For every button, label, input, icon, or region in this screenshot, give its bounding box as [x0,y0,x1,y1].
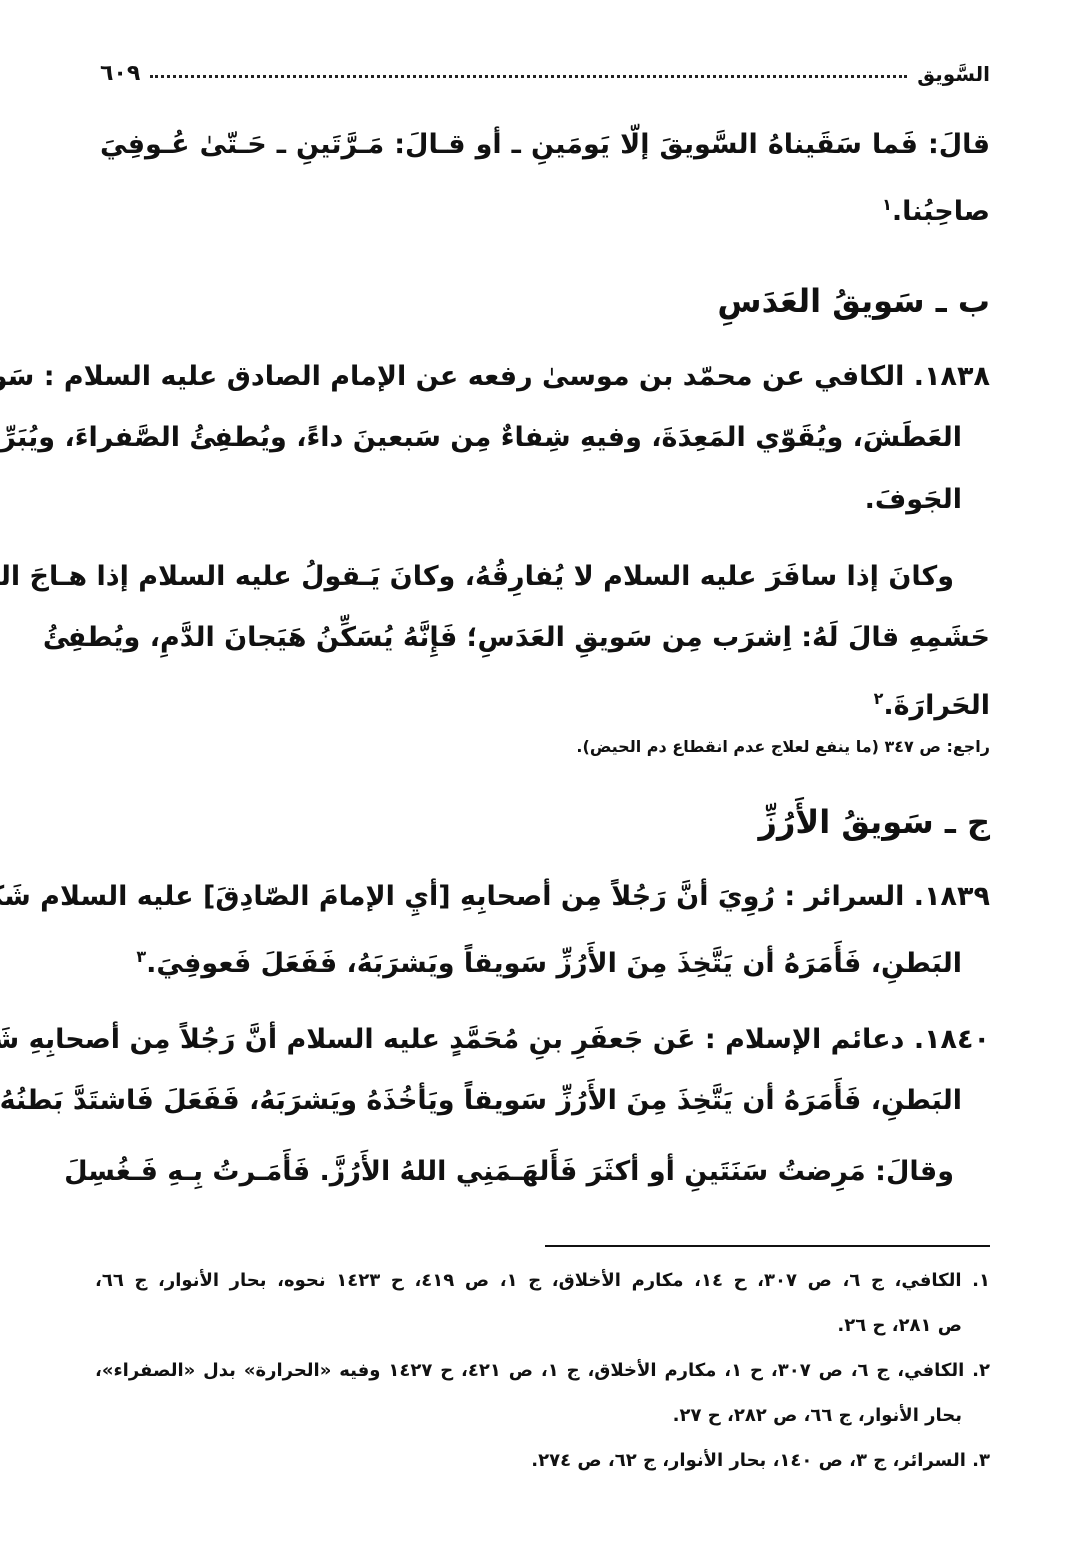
continuation-text: الحَرارَةَ. [883,690,990,721]
running-title: السَّويق [917,62,990,86]
footnote-1-line-2: ص ٢٨١، ح ٢٦. [837,1313,962,1339]
cross-reference-note[interactable]: راجع: ص ٣٤٧ (ما ينفع لعلاج عدم انقطاع دم… [576,737,990,756]
hadith-1838-line-3: الجَوفَ. [865,480,962,520]
hadith-1840-line-1: ١٨٤٠. دعائم الإسلام : عَن جَعفَرِ بنِ مُ… [100,1020,990,1060]
footnote-ref-1[interactable]: ١ [882,195,892,214]
footnote-1-line-1: ١. الكافي، ج ٦، ص ٣٠٧، ح ١٤، مكارم الأخل… [95,1268,990,1294]
hadith-1839-line-1: ١٨٣٩. السرائر : رُوِيَ أنَّ رَجُلاً مِن … [100,877,990,917]
hadith-1839-line-2: البَطنِ، فَأَمَرَهُ أن يَتَّخِذَ مِنَ ال… [136,937,962,984]
intro-text: صاحِبُنا. [892,196,990,227]
section-heading-c: ج ـ سَويقُ الأَرُزِّ [759,803,990,841]
hadith-1838-line-2: العَطَشَ، ويُقَوّي المَعِدَةَ، وفيهِ شِف… [100,418,962,458]
footnote-3-line-1: ٣. السرائر، ج ٣، ص ١٤٠، بحار الأنوار، ج … [531,1448,990,1474]
continuation-line-1: وكانَ إذا سافَرَ عليه السلام لا يُفارِقُ… [100,557,954,597]
footnote-2-line-1: ٢. الكافي، ج ٦، ص ٣٠٧، ح ١، مكارم الأخلا… [95,1358,990,1384]
footnote-ref-3[interactable]: ٣ [136,947,146,966]
hadith-1839-text: البَطنِ، فَأَمَرَهُ أن يَتَّخِذَ مِنَ ال… [146,948,962,979]
leader-dots [150,75,907,78]
hadith-1840-line-3: وقالَ: مَرِضتُ سَنَتَينِ أو أكثَرَ فَأَل… [100,1152,954,1192]
intro-line-1: قالَ: فَما سَقَيناهُ السَّويقَ إلّا يَوم… [100,125,990,165]
page-number: ٦٠٩ [100,61,140,86]
hadith-1840-line-2: البَطنِ، فَأَمَرَهُ أن يَتَّخِذَ مِنَ ال… [100,1081,962,1121]
section-heading-b: ب ـ سَويقُ العَدَسِ [717,282,990,320]
footnote-separator [545,1245,990,1247]
book-page: السَّويق ٦٠٩ قالَ: فَما سَقَيناهُ السَّو… [0,0,1084,1549]
footnote-2-line-2: بحار الأنوار، ج ٦٦، ص ٢٨٢، ح ٢٧. [673,1403,962,1429]
hadith-1838-line-1: ١٨٣٨. الكافي عن محمّد بن موسىٰ رفعه عن ا… [100,357,990,397]
continuation-line-2: حَشَمِهِ قالَ لَهُ: اِشرَب مِن سَويقِ ال… [100,618,990,658]
intro-line-2: صاحِبُنا.١ [882,185,990,232]
running-header: السَّويق ٦٠٩ [100,50,990,86]
footnote-ref-2[interactable]: ٢ [874,689,884,708]
continuation-line-3: الحَرارَةَ.٢ [874,679,990,726]
